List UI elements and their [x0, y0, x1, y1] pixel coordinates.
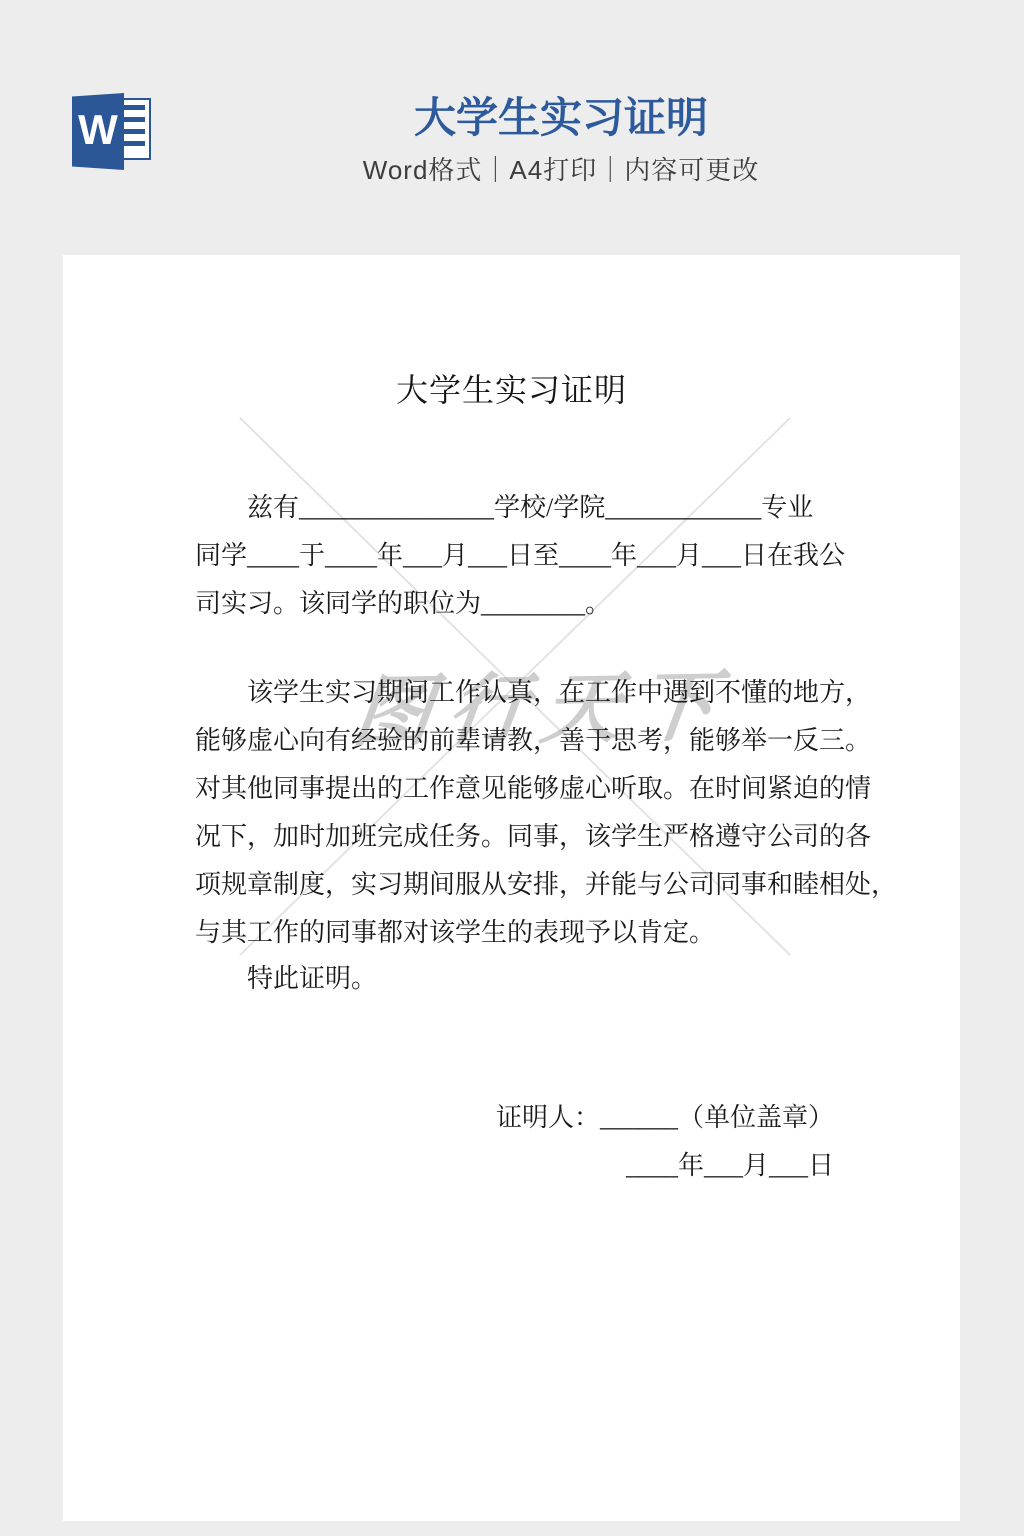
doc-text-line: 同学____于____年___月___日至____年___月___日在我公: [195, 532, 863, 580]
page-title: 大学生实习证明: [98, 94, 1024, 142]
doc-text-line: 兹有_______________学校/学院____________专业: [195, 484, 863, 532]
page-subtitle: Word格式｜A4打印｜内容可更改: [98, 150, 1024, 187]
signature-line: 证明人：______（单位盖章）: [496, 1094, 834, 1142]
signature-block: 证明人：______（单位盖章） ____年___月___日: [496, 1094, 834, 1190]
doc-text-line: 能够虚心向有经验的前辈请教，善于思考，能够举一反三。: [195, 717, 863, 765]
header-text-group: 大学生实习证明 Word格式｜A4打印｜内容可更改: [0, 94, 1024, 187]
document-page: 图行天下 大学生实习证明 兹有_______________学校/学院_____…: [63, 255, 960, 1521]
date-line: ____年___月___日: [496, 1142, 834, 1190]
paragraph-closing: 特此证明。: [195, 955, 863, 1003]
doc-text-line: 项规章制度，实习期间服从安排，并能与公司同事和睦相处，: [195, 861, 863, 909]
page-background: W 大学生实习证明 Word格式｜A4打印｜内容可更改 图行天下 大学生实习证明…: [0, 0, 1024, 1536]
doc-text-line: 该学生实习期间工作认真，在工作中遇到不懂的地方，: [195, 669, 863, 717]
paragraph-intro: 兹有_______________学校/学院____________专业 同学_…: [195, 484, 863, 628]
doc-text-line: 况下，加时加班完成任务。同事，该学生严格遵守公司的各: [195, 813, 863, 861]
document-title: 大学生实习证明: [63, 365, 960, 411]
doc-text-line: 对其他同事提出的工作意见能够虚心听取。在时间紧迫的情: [195, 765, 863, 813]
doc-text-line: 特此证明。: [195, 955, 863, 1003]
doc-text-line: 司实习。该同学的职位为________。: [195, 580, 863, 628]
doc-text-line: 与其工作的同事都对该学生的表现予以肯定。: [195, 909, 863, 957]
paragraph-evaluation: 该学生实习期间工作认真，在工作中遇到不懂的地方， 能够虚心向有经验的前辈请教，善…: [195, 669, 863, 957]
